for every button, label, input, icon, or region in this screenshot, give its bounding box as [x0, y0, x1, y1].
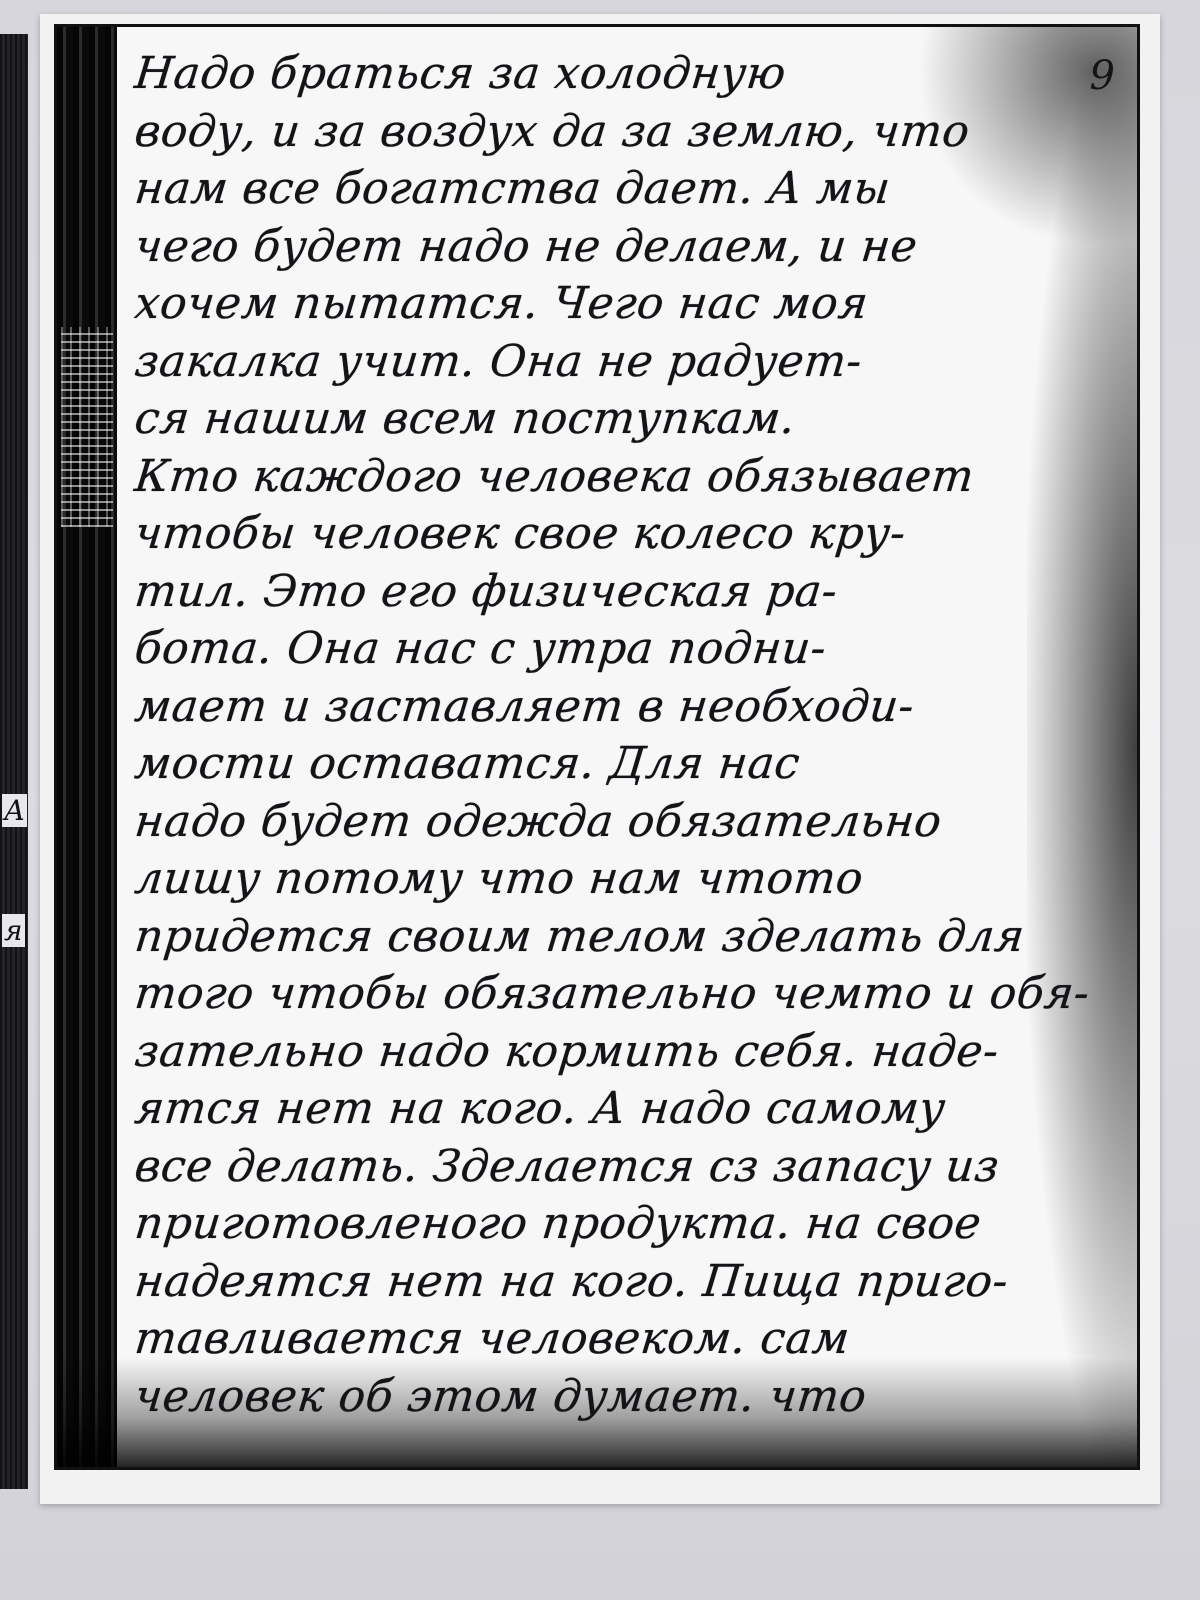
scanner-edge-shadow: [57, 27, 117, 1467]
photocopy-image: 9 Надо браться за холодную воду, и за во…: [54, 24, 1140, 1470]
text-line: мает и заставляет в необходи-: [132, 678, 1128, 736]
text-line: приготовленого продукта. на свое: [132, 1195, 1128, 1253]
adjacent-page-strip: А я: [0, 34, 28, 1489]
text-line: все делать. Зделается сз запасу из: [132, 1138, 1128, 1196]
text-line: тил. Это его физическая ра-: [132, 563, 1128, 621]
text-line: закалка учит. Она не радует-: [132, 333, 1128, 391]
handwritten-text: Надо браться за холодную воду, и за возд…: [135, 45, 1125, 1425]
text-line: Кто каждого человека обязывает: [132, 448, 1128, 506]
text-line: Надо браться за холодную: [132, 45, 1128, 103]
text-line: чего будет надо не делаем, и не: [132, 218, 1128, 276]
text-line: хочем пытатся. Чего нас моя: [132, 275, 1128, 333]
adjacent-page-fragment: А: [2, 794, 27, 827]
text-line: чтобы человек свое колесо кру-: [132, 505, 1128, 563]
text-line: лишу потому что нам чтото: [132, 850, 1128, 908]
text-line: ятся нет на кого. А надо самому: [132, 1080, 1128, 1138]
fabric-texture: [61, 327, 113, 527]
text-line: придется своим телом зделать для: [132, 908, 1128, 966]
text-line: ся нашим всем поступкам.: [132, 390, 1128, 448]
text-line: того чтобы обязательно чемто и обя-: [132, 965, 1128, 1023]
adjacent-page-fragment: я: [2, 914, 25, 947]
text-line: бота. Она нас с утра подни-: [132, 620, 1128, 678]
text-line: тавливается человеком. сам: [132, 1310, 1128, 1368]
text-line: нам все богатства дает. А мы: [132, 160, 1128, 218]
text-line: воду, и за воздух да за землю, что: [132, 103, 1128, 161]
text-line: зательно надо кормить себя. наде-: [132, 1023, 1128, 1081]
text-line: надеятся нет на кого. Пища приго-: [132, 1253, 1128, 1311]
photocopy-sheet: 9 Надо браться за холодную воду, и за во…: [40, 14, 1160, 1504]
text-line: надо будет одежда обязательно: [132, 793, 1128, 851]
text-line: мости оставатся. Для нас: [132, 735, 1128, 793]
text-line: человек об этом думает. что: [132, 1368, 1128, 1426]
